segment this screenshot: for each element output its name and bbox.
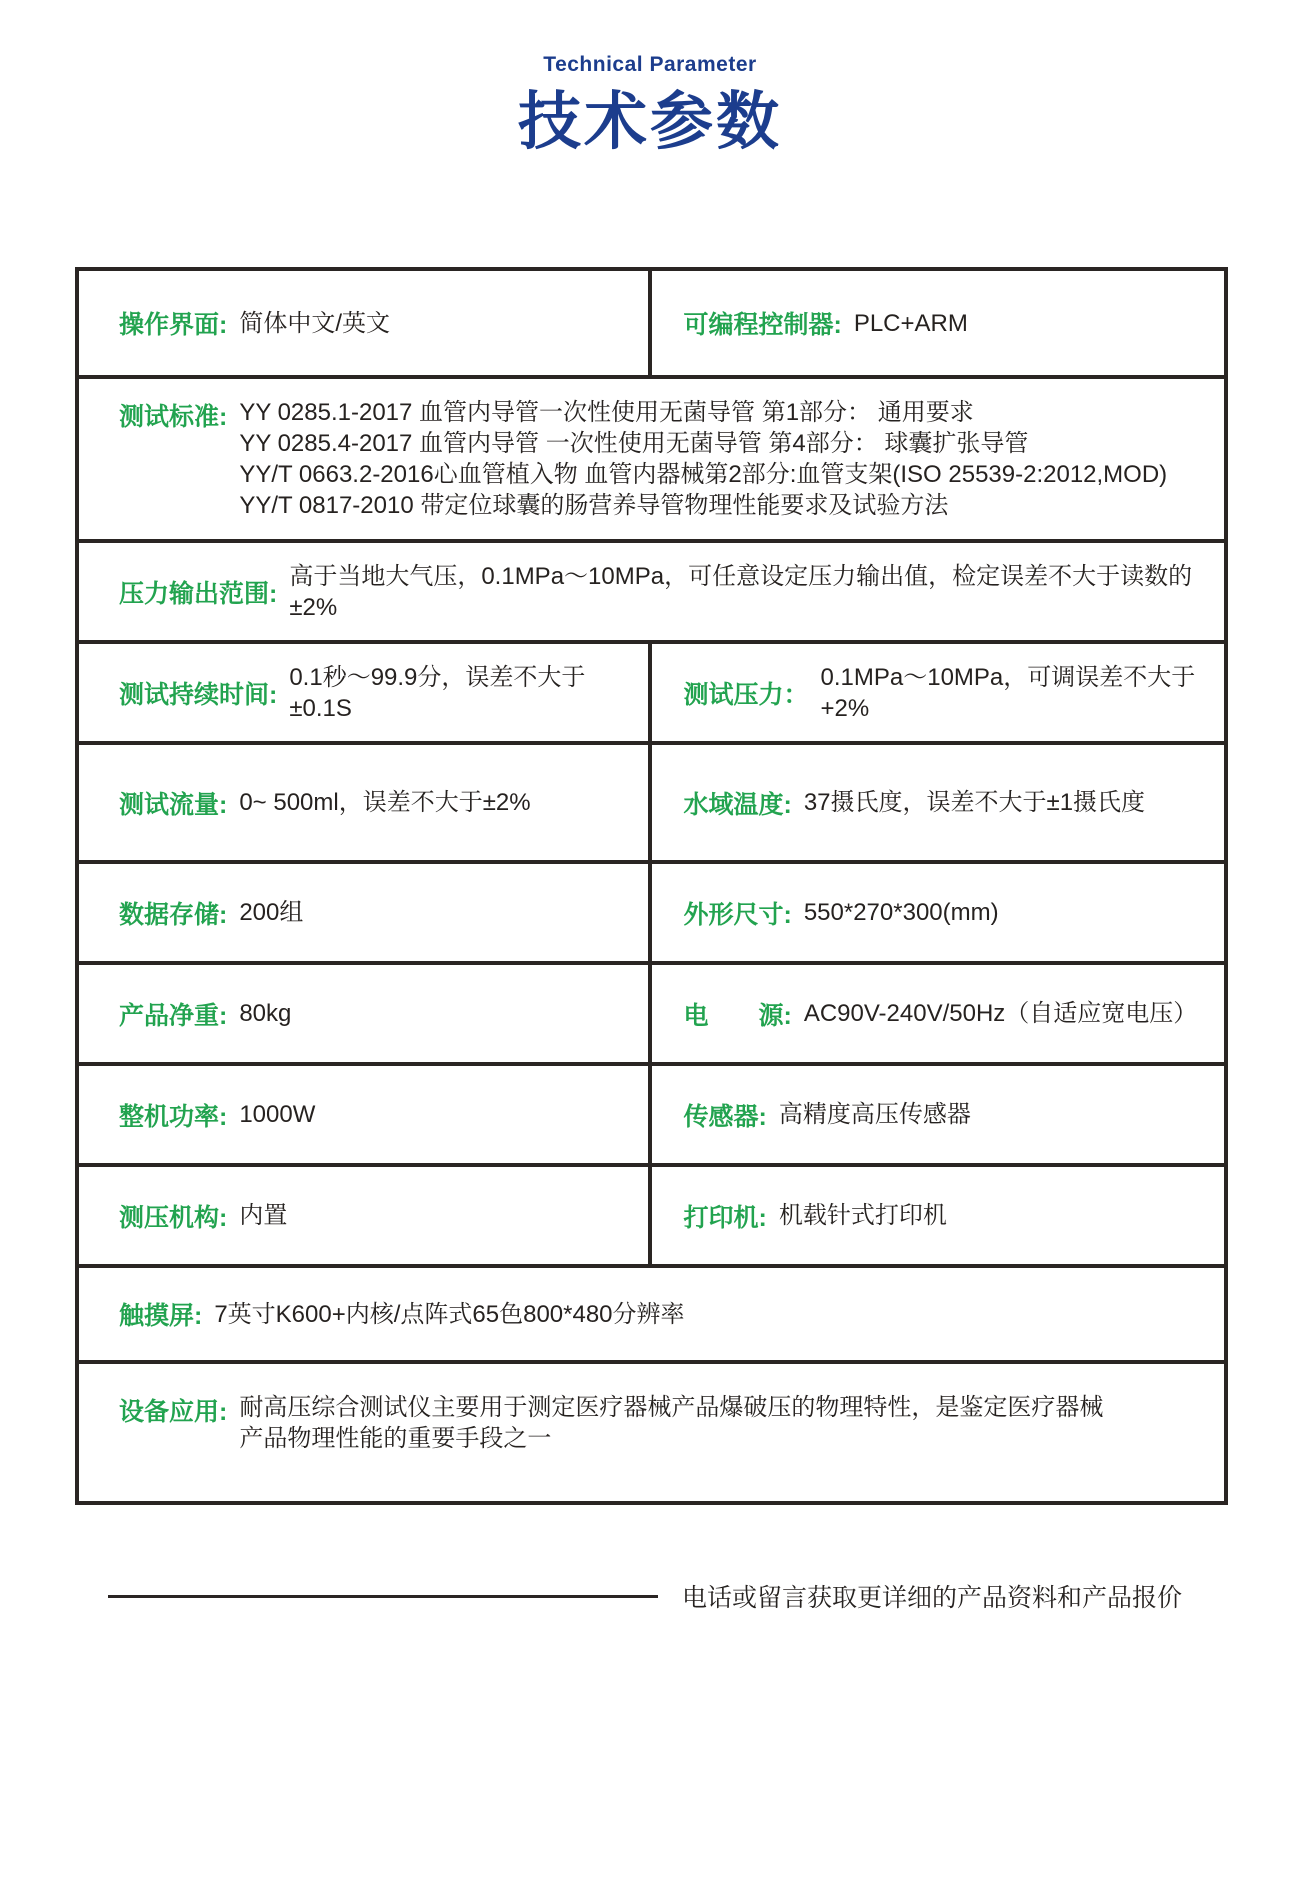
total-power-value: 1000W bbox=[239, 1099, 315, 1130]
table-row-total-power: 整机功率: 1000W 传感器: 高精度高压传感器 bbox=[75, 1062, 1228, 1167]
spec-table: 操作界面: 简体中文/英文 可编程控制器: PLC+ARM 测试标准: YY 0… bbox=[75, 267, 1228, 1505]
pressure-mechanism-label: 测压机构: bbox=[119, 1198, 227, 1234]
sensor-value: 高精度高压传感器 bbox=[779, 1099, 971, 1130]
table-row-test-standards: 测试标准: YY 0285.1-2017 血管内导管一次性使用无菌导管 第1部分… bbox=[75, 375, 1228, 543]
power-supply-value: AC90V-240V/50Hz（自适应宽电压） bbox=[804, 998, 1197, 1029]
standard-line: YY/T 0817-2010 带定位球囊的肠营养导管物理性能要求及试验方法 bbox=[239, 490, 1167, 521]
cell-plc-controller: 可编程控制器: PLC+ARM bbox=[652, 271, 1225, 375]
plc-controller-label: 可编程控制器: bbox=[684, 305, 842, 341]
water-temperature-label: 水域温度: bbox=[684, 785, 792, 821]
pressure-output-range-value: 高于当地大气压，0.1MPa～10MPa，可任意设定压力输出值，检定误差不大于读… bbox=[289, 561, 1206, 623]
standard-line: YY 0285.1-2017 血管内导管一次性使用无菌导管 第1部分： 通用要求 bbox=[239, 397, 1167, 428]
test-standards-list: YY 0285.1-2017 血管内导管一次性使用无菌导管 第1部分： 通用要求… bbox=[239, 397, 1167, 521]
standard-line: YY/T 0663.2-2016心血管植入物 血管内器械第2部分:血管支架(IS… bbox=[239, 459, 1167, 490]
footer-rule-line bbox=[108, 1595, 658, 1598]
pressure-mechanism-value: 内置 bbox=[239, 1200, 287, 1231]
test-flow-value: 0~ 500ml，误差不大于±2% bbox=[239, 787, 530, 818]
net-weight-value: 80kg bbox=[239, 998, 291, 1029]
cell-test-pressure: 测试压力： 0.1MPa～10MPa，可调误差不大于+2% bbox=[652, 644, 1225, 741]
footer-note: 电话或留言获取更详细的产品资料和产品报价 bbox=[682, 1578, 1182, 1614]
data-storage-label: 数据存储: bbox=[119, 895, 227, 931]
cell-pressure-mechanism: 测压机构: 内置 bbox=[79, 1167, 652, 1264]
cell-operation-interface: 操作界面: 简体中文/英文 bbox=[79, 271, 652, 375]
page-footer: 电话或留言获取更详细的产品资料和产品报价 bbox=[108, 1578, 1182, 1614]
test-pressure-label: 测试压力： bbox=[684, 675, 809, 711]
header-subtitle: Technical Parameter bbox=[0, 52, 1300, 78]
cell-test-flow: 测试流量: 0~ 500ml，误差不大于±2% bbox=[79, 745, 652, 860]
cell-net-weight: 产品净重: 80kg bbox=[79, 965, 652, 1062]
table-row-touch-screen: 触摸屏: 7英寸K600+内核/点阵式65色800*480分辨率 bbox=[75, 1264, 1228, 1364]
table-row-data-storage: 数据存储: 200组 外形尺寸: 550*270*300(mm) bbox=[75, 860, 1228, 965]
cell-power-supply: 电 源: AC90V-240V/50Hz（自适应宽电压） bbox=[652, 965, 1216, 1062]
touch-screen-label: 触摸屏: bbox=[119, 1296, 202, 1332]
table-row-test-flow: 测试流量: 0~ 500ml，误差不大于±2% 水域温度: 37摄氏度，误差不大… bbox=[75, 741, 1228, 864]
operation-interface-value: 简体中文/英文 bbox=[239, 308, 390, 339]
table-row-operation-interface: 操作界面: 简体中文/英文 可编程控制器: PLC+ARM bbox=[75, 267, 1228, 379]
net-weight-label: 产品净重: bbox=[119, 996, 227, 1032]
device-application-label: 设备应用: bbox=[119, 1392, 227, 1428]
sensor-label: 传感器: bbox=[684, 1097, 767, 1133]
cell-touch-screen: 触摸屏: 7英寸K600+内核/点阵式65色800*480分辨率 bbox=[79, 1268, 1224, 1360]
test-duration-label: 测试持续时间: bbox=[119, 675, 277, 711]
cell-water-temperature: 水域温度: 37摄氏度，误差不大于±1摄氏度 bbox=[652, 745, 1164, 860]
cell-device-application: 设备应用: 耐高压综合测试仪主要用于测定医疗器械产品爆破压的物理特性，是鉴定医疗… bbox=[79, 1364, 1224, 1501]
test-standards-label: 测试标准: bbox=[119, 397, 227, 433]
page-header: Technical Parameter 技术参数 bbox=[0, 52, 1300, 156]
cell-test-duration: 测试持续时间: 0.1秒～99.9分，误差不大于±0.1S bbox=[79, 644, 652, 741]
water-temperature-value: 37摄氏度，误差不大于±1摄氏度 bbox=[804, 787, 1145, 818]
table-row-test-duration: 测试持续时间: 0.1秒～99.9分，误差不大于±0.1S 测试压力： 0.1M… bbox=[75, 640, 1228, 745]
dimensions-value: 550*270*300(mm) bbox=[804, 897, 999, 928]
printer-label: 打印机: bbox=[684, 1198, 767, 1234]
device-application-value: 耐高压综合测试仪主要用于测定医疗器械产品爆破压的物理特性，是鉴定医疗器械产品物理… bbox=[239, 1392, 1119, 1454]
table-row-device-application: 设备应用: 耐高压综合测试仪主要用于测定医疗器械产品爆破压的物理特性，是鉴定医疗… bbox=[75, 1360, 1228, 1505]
spec-sheet-page: Technical Parameter 技术参数 操作界面: 简体中文/英文 可… bbox=[0, 0, 1300, 1881]
cell-total-power: 整机功率: 1000W bbox=[79, 1066, 652, 1163]
page-title: 技术参数 bbox=[0, 88, 1300, 156]
pressure-output-range-label: 压力输出范围: bbox=[119, 574, 277, 610]
data-storage-value: 200组 bbox=[239, 897, 303, 928]
table-row-net-weight: 产品净重: 80kg 电 源: AC90V-240V/50Hz（自适应宽电压） bbox=[75, 961, 1228, 1066]
cell-pressure-output-range: 压力输出范围: 高于当地大气压，0.1MPa～10MPa，可任意设定压力输出值，… bbox=[79, 543, 1224, 640]
test-pressure-value: 0.1MPa～10MPa，可调误差不大于+2% bbox=[821, 662, 1206, 724]
standard-line: YY 0285.4-2017 血管内导管 一次性使用无菌导管 第4部分： 球囊扩… bbox=[239, 428, 1167, 459]
table-row-pressure-mechanism: 测压机构: 内置 打印机: 机载针式打印机 bbox=[75, 1163, 1228, 1268]
test-flow-label: 测试流量: bbox=[119, 785, 227, 821]
operation-interface-label: 操作界面: bbox=[119, 305, 227, 341]
cell-printer: 打印机: 机载针式打印机 bbox=[652, 1167, 965, 1264]
test-duration-value: 0.1秒～99.9分，误差不大于±0.1S bbox=[289, 662, 629, 724]
cell-dimensions: 外形尺寸: 550*270*300(mm) bbox=[652, 864, 1017, 961]
cell-data-storage: 数据存储: 200组 bbox=[79, 864, 652, 961]
total-power-label: 整机功率: bbox=[119, 1097, 227, 1133]
touch-screen-value: 7英寸K600+内核/点阵式65色800*480分辨率 bbox=[214, 1299, 684, 1330]
printer-value: 机载针式打印机 bbox=[779, 1200, 947, 1231]
power-supply-label: 电 源: bbox=[684, 996, 792, 1032]
plc-controller-value: PLC+ARM bbox=[854, 308, 968, 339]
cell-sensor: 传感器: 高精度高压传感器 bbox=[652, 1066, 989, 1163]
table-row-pressure-output-range: 压力输出范围: 高于当地大气压，0.1MPa～10MPa，可任意设定压力输出值，… bbox=[75, 539, 1228, 644]
cell-test-standards: 测试标准: YY 0285.1-2017 血管内导管一次性使用无菌导管 第1部分… bbox=[79, 379, 1224, 539]
dimensions-label: 外形尺寸: bbox=[684, 895, 792, 931]
